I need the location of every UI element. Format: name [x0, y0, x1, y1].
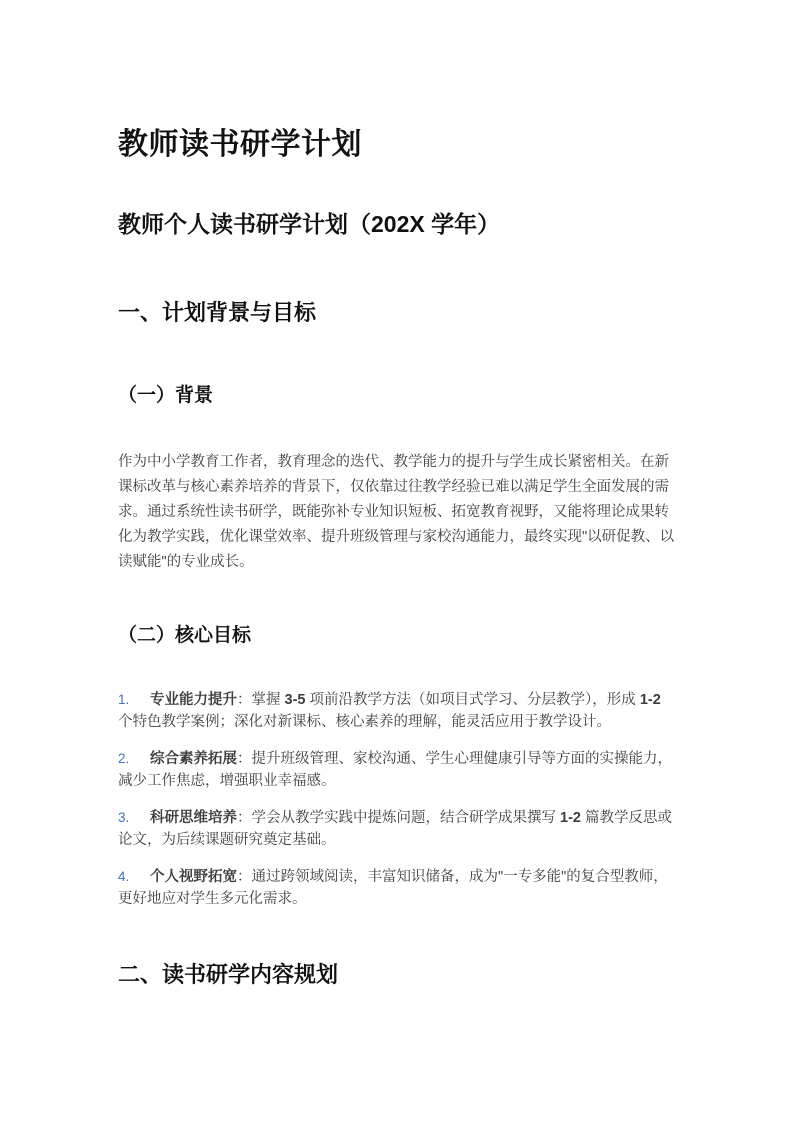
goals-heading: （二）核心目标: [118, 623, 675, 648]
section-1-heading: 一、计划背景与目标: [118, 299, 675, 327]
background-paragraph: 作为中小学教育工作者，教育理念的迭代、教学能力的提升与学生成长紧密相关。在新课标…: [118, 450, 675, 575]
document-page: 教师读书研学计划 教师个人读书研学计划（202X 学年） 一、计划背景与目标 （…: [0, 0, 793, 1122]
goal-colon: ：: [237, 751, 252, 767]
list-number: 4.: [118, 866, 150, 888]
list-number: 2.: [118, 748, 150, 770]
goal-label: 专业能力提升: [150, 692, 237, 708]
background-heading: （一）背景: [118, 383, 675, 408]
goal-colon: ：: [237, 869, 252, 885]
doc-subtitle: 教师个人读书研学计划（202X 学年）: [118, 209, 675, 239]
list-number: 3.: [118, 807, 150, 829]
section-2-heading: 二、读书研学内容规划: [118, 961, 675, 989]
goal-label: 科研思维培养: [150, 810, 237, 826]
goal-colon: ：: [237, 810, 252, 826]
goal-colon: ：: [237, 692, 252, 708]
goal-label: 个人视野拓宽: [150, 869, 237, 885]
goal-item-4: 4.个人视野拓宽：通过跨领域阅读，丰富知识储备，成为"一专多能"的复合型教师，更…: [118, 866, 675, 910]
doc-title: 教师读书研学计划: [118, 127, 675, 163]
list-number: 1.: [118, 689, 150, 711]
goal-item-1: 1.专业能力提升：掌握 3-5 项前沿教学方法（如项目式学习、分层教学），形成 …: [118, 689, 675, 733]
goal-label: 综合素养拓展: [150, 751, 237, 767]
core-goals-list: 1.专业能力提升：掌握 3-5 项前沿教学方法（如项目式学习、分层教学），形成 …: [118, 689, 675, 910]
goal-item-3: 3.科研思维培养：学会从教学实践中提炼问题，结合研学成果撰写 1-2 篇教学反思…: [118, 807, 675, 851]
goal-item-2: 2.综合素养拓展：提升班级管理、家校沟通、学生心理健康引导等方面的实操能力，减少…: [118, 748, 675, 792]
